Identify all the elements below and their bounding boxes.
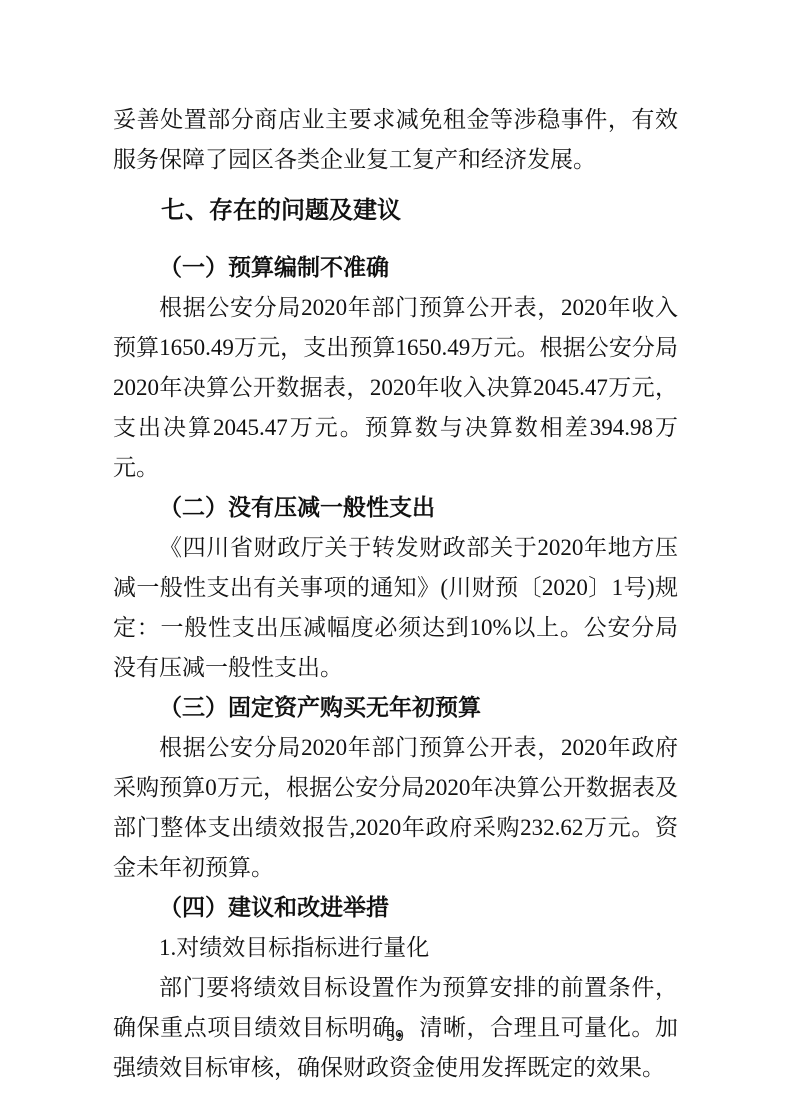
subsection-1-heading: （一）预算编制不准确 bbox=[113, 248, 678, 288]
subsection-4-item-title: 1.对绩效目标指标进行量化 bbox=[113, 928, 678, 968]
section-heading: 七、存在的问题及建议 bbox=[113, 190, 678, 232]
subsection-3-body: 根据公安分局2020年部门预算公开表，2020年政府采购预算0万元，根据公安分局… bbox=[113, 728, 678, 888]
document-page: 妥善处置部分商店业主要求减免租金等涉稳事件，有效服务保障了园区各类企业复工复产和… bbox=[0, 0, 790, 1118]
continued-paragraph: 妥善处置部分商店业主要求减免租金等涉稳事件，有效服务保障了园区各类企业复工复产和… bbox=[113, 100, 678, 180]
page-number: 59 bbox=[0, 1028, 790, 1046]
subsection-3-heading: （三）固定资产购买无年初预算 bbox=[113, 688, 678, 728]
subsection-4-heading: （四）建议和改进举措 bbox=[113, 888, 678, 928]
subsection-1-body: 根据公安分局2020年部门预算公开表，2020年收入预算1650.49万元，支出… bbox=[113, 288, 678, 488]
page-content: 妥善处置部分商店业主要求减免租金等涉稳事件，有效服务保障了园区各类企业复工复产和… bbox=[113, 100, 678, 1088]
subsection-2-heading: （二）没有压减一般性支出 bbox=[113, 488, 678, 528]
subsection-2-body: 《四川省财政厅关于转发财政部关于2020年地方压减一般性支出有关事项的通知》(川… bbox=[113, 528, 678, 688]
